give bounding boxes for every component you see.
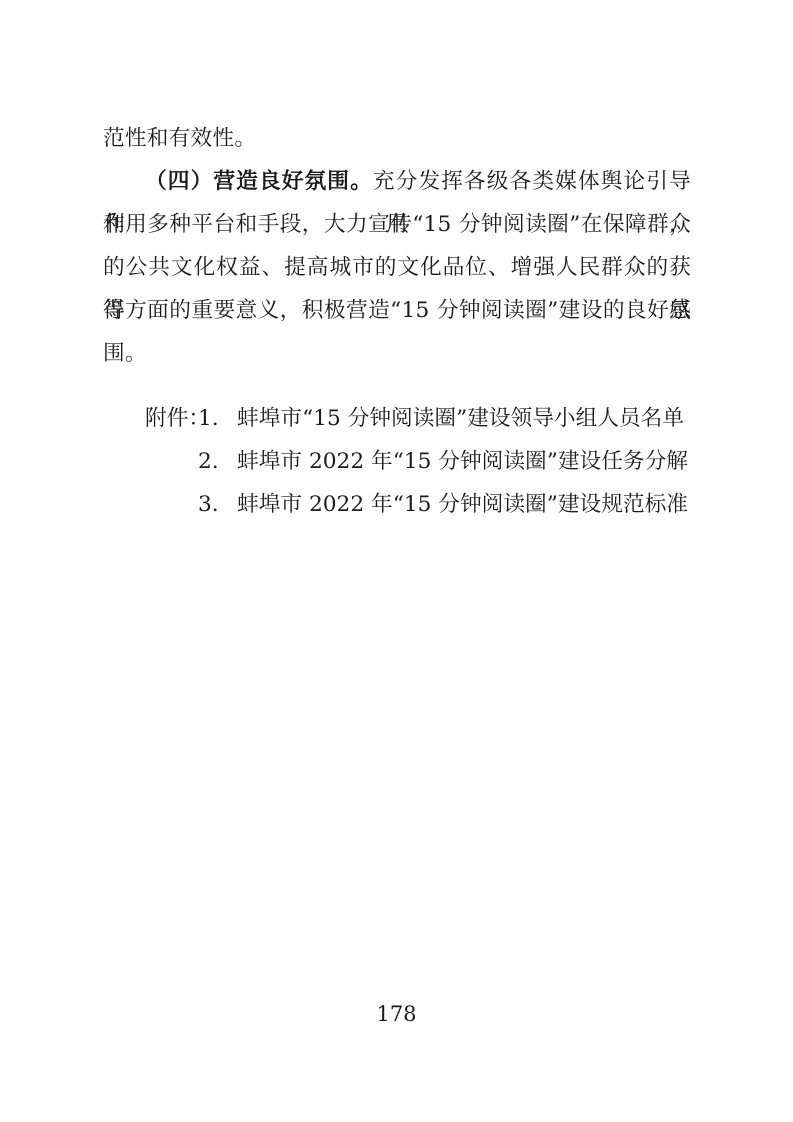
paragraph-line: 的公共文化权益、提高城市的文化品位、增强人民群众的获得感	[103, 246, 691, 289]
attachments-list: 1.蚌埠市“15 分钟阅读圈”建设领导小组人员名单 2.蚌埠市 2022 年“1…	[198, 397, 688, 526]
attachments-label: 附件：	[145, 397, 198, 440]
attachment-title: 蚌埠市 2022 年“15 分钟阅读圈”建设任务分解	[237, 440, 688, 483]
section-heading: （四）营造良好氛围。	[145, 169, 373, 194]
paragraph-line: 范性和有效性。	[103, 117, 691, 160]
paragraph-text: 范性和有效性。	[103, 126, 256, 151]
paragraph-line: 围。	[103, 332, 691, 375]
attachment-title: 蚌埠市 2022 年“15 分钟阅读圈”建设规范标准	[237, 483, 688, 526]
page-number: 178	[0, 1001, 793, 1027]
paragraph-text: 围。	[103, 341, 147, 366]
attachments-section: 附件： 1.蚌埠市“15 分钟阅读圈”建设领导小组人员名单 2.蚌埠市 2022…	[145, 397, 688, 526]
body-paragraphs: 范性和有效性。 （四）营造良好氛围。充分发挥各级各类媒体舆论引导作用， 利用多种…	[103, 117, 691, 375]
paragraph-line: （四）营造良好氛围。充分发挥各级各类媒体舆论引导作用，	[103, 160, 691, 203]
attachment-item: 2.蚌埠市 2022 年“15 分钟阅读圈”建设任务分解	[198, 440, 688, 483]
document-page: 范性和有效性。 （四）营造良好氛围。充分发挥各级各类媒体舆论引导作用， 利用多种…	[0, 0, 793, 1122]
attachment-number: 2.	[198, 440, 237, 483]
paragraph-line: 利用多种平台和手段，大力宣传“15 分钟阅读圈”在保障群众	[103, 203, 691, 246]
attachment-item: 3.蚌埠市 2022 年“15 分钟阅读圈”建设规范标准	[198, 483, 688, 526]
paragraph-line: 等方面的重要意义，积极营造“15 分钟阅读圈”建设的良好氛	[103, 289, 691, 332]
paragraph-text: 等方面的重要意义，积极营造“15 分钟阅读圈”建设的良好氛	[103, 298, 691, 323]
attachment-title: 蚌埠市“15 分钟阅读圈”建设领导小组人员名单	[237, 397, 684, 440]
attachment-number: 1.	[198, 397, 237, 440]
paragraph-text: 利用多种平台和手段，大力宣传“15 分钟阅读圈”在保障群众	[103, 212, 691, 237]
attachment-item: 1.蚌埠市“15 分钟阅读圈”建设领导小组人员名单	[198, 397, 688, 440]
attachment-number: 3.	[198, 483, 237, 526]
